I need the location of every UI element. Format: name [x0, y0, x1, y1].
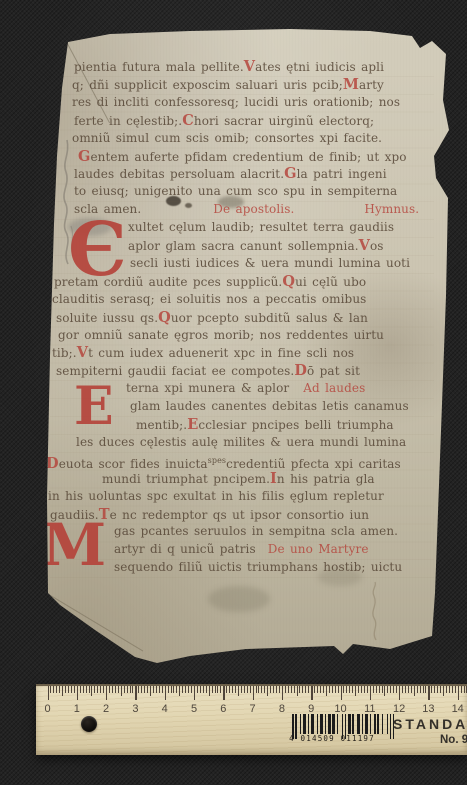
model-label: No. 9: [440, 734, 467, 746]
manuscript-text: terna xpi munera & aplor: [126, 380, 289, 397]
ruler-tick: [65, 686, 66, 693]
manuscript-text: sequendo filiũ uictis triumphans hostib;…: [114, 559, 402, 576]
text-line: mundi triumphat pncipem. I n his patria …: [102, 470, 375, 488]
ruler-tick: [68, 686, 69, 693]
ruler-tick: [141, 686, 142, 693]
ruler-tick: [461, 686, 462, 693]
ruler-tick: [106, 686, 107, 700]
ruler-tick: [402, 686, 403, 693]
ruler-hole: [81, 716, 97, 732]
ruler-tick: [188, 686, 189, 693]
ruler-number: 2: [103, 703, 109, 715]
barcode-bar: [320, 714, 323, 734]
ruler-tick: [256, 686, 257, 693]
ruler-tick: [387, 686, 388, 693]
brand-label: STANDARD: [393, 716, 467, 732]
barcode-bar: [377, 714, 379, 734]
barcode-bar: [325, 714, 327, 734]
ruler-tick: [434, 686, 435, 693]
ruler-tick: [440, 686, 441, 693]
ruler-tick: [346, 686, 347, 693]
barcode-bar: [308, 714, 310, 734]
text-line: secli iusti iudices & uera mundi lumina …: [130, 255, 410, 272]
text-line: xultet cęlum laudib; resultet terra gaud…: [128, 219, 394, 236]
ruler-tick: [77, 686, 78, 700]
rubric-text: V: [359, 237, 370, 254]
ruler-tick: [335, 686, 336, 693]
ruler-number: 13: [422, 703, 434, 715]
ruler-tick: [261, 686, 262, 693]
manuscript-text: entem auferte pfidam credentium de finib…: [90, 149, 406, 166]
ruler-tick: [332, 686, 333, 693]
ruler-tick: [153, 686, 154, 693]
ruler-tick: [464, 686, 465, 693]
manuscript-text: gas pcantes seruulos in sempitna scla am…: [114, 523, 398, 540]
ruler-tick: [226, 686, 227, 693]
ruler-tick: [376, 686, 377, 693]
ruler-number: 5: [191, 703, 197, 715]
ruler-tick: [311, 686, 312, 700]
ruler-tick: [200, 686, 201, 693]
ruler-tick: [238, 686, 239, 696]
ruler-tick: [326, 686, 327, 696]
ruler-tick: [59, 686, 60, 693]
ruler-tick: [182, 686, 183, 693]
manuscript-text: pientia futura mala pellite.: [74, 59, 244, 76]
ruler-tick: [62, 686, 63, 696]
ruler-tick: [455, 686, 456, 693]
ruler-tick: [229, 686, 230, 693]
text-line: les duces cęlestis aulę milites & uera m…: [76, 434, 406, 451]
text-line: res di incliti confessoresq; lucidi uris…: [72, 94, 400, 111]
manuscript-text: spes: [208, 452, 226, 469]
ruler-tick: [329, 686, 330, 693]
ruler-tick: [176, 686, 177, 693]
initial-E-eterna: E: [74, 384, 114, 430]
ruler-tick: [308, 686, 309, 693]
ruler-tick: [86, 686, 87, 693]
ruler-number: 12: [393, 703, 405, 715]
manuscript-text: hori sacrar uirginũ electorq;: [194, 113, 374, 130]
manuscript-text: aplor glam sacra canunt sollempnia.: [128, 238, 359, 255]
ruler-tick: [206, 686, 207, 693]
ruler-tick: [162, 686, 163, 693]
ruler-number: 0: [44, 703, 50, 715]
ruler-tick: [250, 686, 251, 693]
manuscript-text: xultet cęlum laudib; resultet terra gaud…: [128, 219, 394, 236]
ruler-tick: [150, 686, 151, 696]
ruler-tick: [282, 686, 283, 700]
ruler-tick: [361, 686, 362, 693]
ruler-tick: [94, 686, 95, 693]
ruler-tick: [458, 686, 459, 700]
initial-M-martyr: M: [42, 520, 106, 571]
ruler-tick: [127, 686, 128, 693]
rubric-text: M: [343, 76, 359, 93]
barcode-digits: 4 014509 011197: [286, 734, 378, 743]
ruler-tick: [408, 686, 409, 693]
manuscript-text: secli iusti iudices & uera mundi lumina …: [130, 255, 410, 272]
text-line: omniũ simul cum scis omib; consortes xpi…: [72, 130, 382, 147]
ruler-tick: [165, 686, 166, 700]
ruler-tick: [247, 686, 248, 693]
text-line: ferte in cęlestib;. C hori sacrar uirgin…: [74, 112, 374, 130]
ruler-tick: [396, 686, 397, 693]
ruler-tick: [83, 686, 84, 693]
text-line: G entem auferte pfidam credentium de fin…: [78, 148, 407, 166]
ruler-tick: [156, 686, 157, 693]
ruler-tick: [91, 686, 92, 696]
ruler-tick: [74, 686, 75, 693]
barcode-bar: [328, 714, 331, 734]
barcode-bar: [365, 714, 368, 734]
ruler-tick: [130, 686, 131, 693]
ruler-tick: [147, 686, 148, 693]
ruler-tick: [173, 686, 174, 693]
ruler-tick: [364, 686, 365, 693]
ruler-tick: [258, 686, 259, 693]
ruler-tick: [420, 686, 421, 693]
text-line: glam laudes canentes debitas letis canam…: [130, 398, 409, 415]
rubric-text: V: [244, 58, 255, 75]
ruler-tick: [273, 686, 274, 693]
text-line: clauditis serasq; ei soluitis nos a pecc…: [52, 291, 366, 308]
ruler-tick: [285, 686, 286, 693]
ruler-tick: [446, 686, 447, 693]
rubric-text: G: [78, 148, 90, 165]
ruler-tick: [341, 686, 342, 700]
text-line: laudes debitas persoluam alacrit. G la p…: [74, 165, 387, 183]
ruler-number: 7: [250, 703, 256, 715]
ruler-tick: [417, 686, 418, 693]
ruler-tick: [399, 686, 400, 700]
ruler-tick: [305, 686, 306, 693]
manuscript-text: clauditis serasq; ei soluitis nos a pecc…: [52, 291, 366, 308]
ruler-tick: [449, 686, 450, 693]
ruler-tick: [355, 686, 356, 696]
ruler-tick: [253, 686, 254, 700]
ruler-tick: [338, 686, 339, 693]
manuscript-text: glam laudes canentes debitas letis canam…: [130, 398, 409, 415]
ruler-tick: [297, 686, 298, 696]
ruler-tick: [279, 686, 280, 693]
ruler-tick: [194, 686, 195, 700]
ruler-tick: [159, 686, 160, 693]
barcode-bar: [357, 714, 360, 734]
manuscript-text: to eiusq; unigenito una cum sco spu in s…: [74, 183, 397, 200]
ruler-tick: [379, 686, 380, 693]
ruler-tick: [367, 686, 368, 693]
manuscript-text: e nc redemptor qs ut ipsor consortio iun: [110, 507, 370, 524]
ruler-number: 3: [132, 703, 138, 715]
barcode: 4 014509 011197: [286, 714, 378, 746]
manuscript-text: mundi triumphat pncipem.: [102, 471, 270, 488]
manuscript-text: in his uoluntas spc exultat in his filis…: [48, 488, 384, 505]
ruler-tick: [241, 686, 242, 693]
barcode-bar: [374, 714, 376, 734]
rubric-text: De uno Martyre: [268, 541, 369, 558]
ruler-tick: [314, 686, 315, 693]
rubric-text: I: [270, 470, 277, 487]
text-line: artyr di q unicũ patrisDe uno Martyre: [114, 541, 369, 558]
ruler-tick: [267, 686, 268, 696]
manuscript-text: omniũ simul cum scis omib; consortes xpi…: [72, 130, 382, 147]
manuscript-text: q; dñi supplicit exposcim saluari uris p…: [72, 77, 343, 94]
manuscript-page: pientia futura mala pellite. V ates ętni…: [40, 28, 452, 664]
ruler-tick: [118, 686, 119, 693]
manuscript-text: tib;.: [52, 345, 77, 362]
ruler-number: 1: [74, 703, 80, 715]
ruler-tick: [452, 686, 453, 693]
ruler-tick: [53, 686, 54, 693]
ruler-tick: [370, 686, 371, 700]
ruler-tick: [431, 686, 432, 693]
ruler-tick: [185, 686, 186, 693]
manuscript-text: cclesiar pncipes belli triumpha: [198, 417, 393, 434]
ruler-tick: [100, 686, 101, 693]
manuscript-text: la patri ingeni: [297, 166, 387, 183]
barcode-bar: [348, 714, 351, 734]
ruler-tick: [191, 686, 192, 693]
barcode-bar: [362, 714, 364, 734]
manuscript-text: n his patria gla: [277, 471, 375, 488]
ruler-tick: [428, 686, 429, 700]
ruler-tick: [209, 686, 210, 696]
barcode-bar: [300, 714, 302, 734]
ruler-tick: [115, 686, 116, 693]
barcode-bar: [382, 714, 384, 734]
rubric-text: Q: [158, 309, 171, 326]
ruler-tick: [50, 686, 51, 693]
rubric-text: C: [182, 112, 194, 129]
ruler-tick: [393, 686, 394, 693]
ruler-tick: [349, 686, 350, 693]
ruler-tick: [97, 686, 98, 693]
ruler-tick: [179, 686, 180, 696]
manuscript-text: os: [370, 238, 384, 255]
ruler-tick: [48, 686, 49, 700]
text-line: gas pcantes seruulos in sempitna scla am…: [114, 523, 398, 540]
photo-backdrop: pientia futura mala pellite. V ates ętni…: [0, 0, 467, 785]
rubric-text: D: [46, 455, 59, 472]
ruler-tick: [215, 686, 216, 693]
ruler-tick: [405, 686, 406, 693]
ruler-tick: [294, 686, 295, 693]
ruler-tick: [414, 686, 415, 696]
ruler-tick: [390, 686, 391, 693]
rubric-text: Ad laudes: [303, 380, 365, 397]
manuscript-text: t cum iudex aduenerit xpc in fine scli n…: [88, 345, 354, 362]
ruler-tick: [171, 686, 172, 693]
ruler-tick: [382, 686, 383, 693]
manuscript-text: soluite iussu qs.: [56, 310, 158, 327]
ruler-tick: [89, 686, 90, 693]
ruler: 01234567891011121314 4 014509 011197 STA…: [36, 684, 467, 755]
ruler-tick: [343, 686, 344, 693]
manuscript-text: laudes debitas persoluam alacrit.: [74, 166, 284, 183]
text-line: in his uoluntas spc exultat in his filis…: [48, 488, 384, 505]
barcode-bar: [387, 714, 389, 734]
ruler-tick: [358, 686, 359, 693]
barcode-bar: [352, 714, 354, 734]
ruler-tick: [138, 686, 139, 693]
ruler-tick: [276, 686, 277, 693]
ruler-tick: [384, 686, 385, 696]
rubric-text: De apostolis.: [213, 201, 294, 218]
ruler-tick: [168, 686, 169, 693]
ruler-number: 4: [162, 703, 168, 715]
ruler-tick: [320, 686, 321, 693]
text-line: pientia futura mala pellite. V ates ętni…: [74, 58, 384, 76]
manuscript-text: ui cęlũ ubo: [295, 274, 366, 291]
manuscript-text: artyr di q unicũ patris: [114, 541, 256, 558]
barcode-bar: [311, 714, 314, 734]
ruler-tick: [217, 686, 218, 693]
rubric-text: Q: [282, 273, 295, 290]
text-line: gor omniũ sanate ęgros morib; nos redden…: [58, 327, 384, 344]
ruler-tick: [270, 686, 271, 693]
ruler-tick: [135, 686, 136, 700]
ruler-tick: [112, 686, 113, 693]
ruler-number: 8: [279, 703, 285, 715]
ruler-number: 6: [220, 703, 226, 715]
barcode-bar: [332, 714, 335, 734]
manuscript-text: ferte in cęlestib;.: [74, 113, 182, 130]
text-line: tib;. V t cum iudex aduenerit xpc in fin…: [52, 344, 354, 362]
barcode-bar: [303, 714, 306, 734]
ruler-tick: [437, 686, 438, 693]
ruler-tick: [317, 686, 318, 693]
text-line: terna xpi munera & aplorAd laudes: [126, 380, 365, 397]
ruler-tick: [232, 686, 233, 693]
ruler-tick: [56, 686, 57, 693]
barcode-bar: [390, 714, 392, 739]
ruler-tick: [212, 686, 213, 693]
rubric-text: G: [284, 165, 296, 182]
manuscript-text: mentib;.: [136, 417, 187, 434]
ruler-tick: [264, 686, 265, 693]
barcode-bar: [317, 714, 319, 734]
ruler-tick: [244, 686, 245, 693]
ruler-tick: [235, 686, 236, 693]
text-line: soluite iussu qs. Q uor pcepto subditũ s…: [56, 309, 368, 327]
ruler-tick: [71, 686, 72, 693]
ruler-tick: [291, 686, 292, 693]
ruler-tick: [302, 686, 303, 693]
manuscript-text: uor pcepto subditũ salus & lan: [171, 310, 368, 327]
rubric-text: Hymnus.: [364, 201, 419, 218]
text-line: q; dñi supplicit exposcim saluari uris p…: [72, 76, 384, 94]
ruler-tick: [203, 686, 204, 693]
ruler-tick: [220, 686, 221, 693]
ruler-tick: [103, 686, 104, 693]
ruler-tick: [121, 686, 122, 696]
ruler-tick: [323, 686, 324, 693]
ruler-tick: [109, 686, 110, 693]
rubric-text: V: [77, 344, 88, 361]
rubric-text: E: [187, 416, 198, 433]
barcode-bar: [337, 714, 339, 734]
text-line: sequendo filiũ uictis triumphans hostib;…: [114, 559, 402, 576]
text-line: mentib;. E cclesiar pncipes belli triump…: [136, 416, 394, 434]
ruler-tick: [288, 686, 289, 693]
manuscript-text: ates ętni iudicis apli: [255, 59, 384, 76]
ruler-number: 14: [452, 703, 464, 715]
ruler-tick: [132, 686, 133, 693]
ruler-tick: [352, 686, 353, 693]
manuscript-text: ō pat sit: [307, 363, 360, 380]
ruler-tick: [197, 686, 198, 693]
text-line: aplor glam sacra canunt sollempnia. V os: [128, 237, 384, 255]
barcode-bar: [370, 714, 372, 734]
ruler-tick: [443, 686, 444, 696]
ruler-tick: [423, 686, 424, 693]
manuscript-text: les duces cęlestis aulę milites & uera m…: [76, 434, 406, 451]
ruler-tick: [299, 686, 300, 693]
manuscript-text: arty: [359, 77, 384, 94]
text-line: to eiusq; unigenito una cum sco spu in s…: [74, 183, 397, 200]
ruler-tick: [80, 686, 81, 693]
ruler-tick: [124, 686, 125, 693]
ruler-tick: [223, 686, 224, 700]
manuscript-text: res di incliti confessoresq; lucidi uris…: [72, 94, 400, 111]
ruler-tick: [144, 686, 145, 693]
ruler-tick: [411, 686, 412, 693]
ruler-tick: [425, 686, 426, 693]
initial-E-exultet: Є: [68, 218, 127, 283]
rubric-text: D: [294, 362, 307, 379]
ruler-tick: [373, 686, 374, 693]
manuscript-text: gor omniũ sanate ęgros morib; nos redden…: [58, 327, 384, 344]
